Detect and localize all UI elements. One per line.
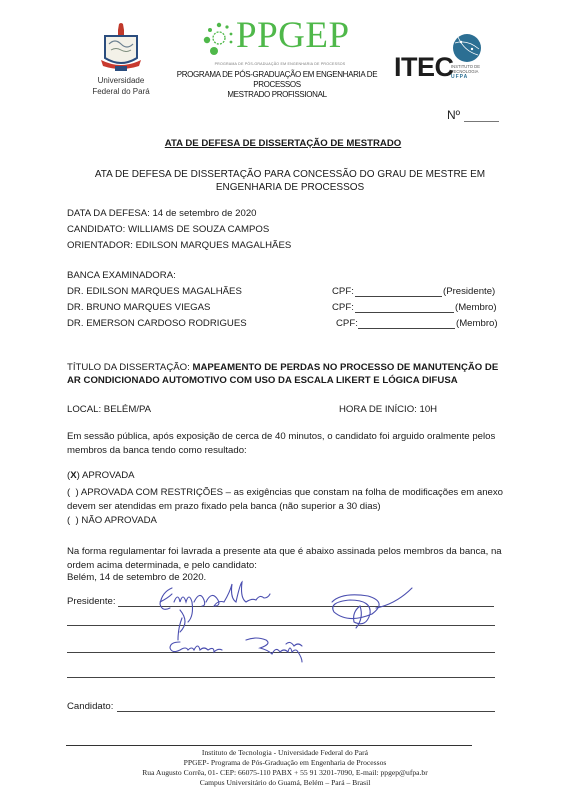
- ufpa-crest-logo: [97, 22, 145, 74]
- itec-ufpa-text: UFPA: [451, 74, 468, 80]
- committee-role: (Presidente): [443, 286, 495, 298]
- committee-member-name: DR. BRUNO MARQUES VIEGAS: [67, 302, 210, 314]
- location: LOCAL: BELÉM/PA: [67, 404, 151, 416]
- president-label: Presidente:: [67, 596, 116, 608]
- cpf-field[interactable]: [358, 328, 455, 329]
- itec-logo-text: ITEC: [394, 52, 454, 82]
- document-number-field[interactable]: [464, 121, 499, 122]
- program-line-3: MESTRADO PROFISSIONAL: [172, 90, 382, 100]
- candidate-label: Candidato:: [67, 701, 113, 713]
- university-name: Universidade Federal do Pará: [78, 75, 164, 97]
- committee-role: (Membro): [455, 302, 497, 314]
- result-not-approved[interactable]: ( ) NÃO APROVADA: [67, 515, 157, 527]
- cpf-label: CPF:: [336, 318, 358, 330]
- footer-line-4: Campus Universitário do Guamá, Belém – P…: [60, 778, 510, 788]
- closing-text: Na forma regulamentar foi lavrada a pres…: [67, 545, 507, 572]
- dissertation-title-label: TÍTULO DA DISSERTAÇÃO:: [67, 362, 192, 373]
- footer-line-1: Instituto de Tecnologia - Universidade F…: [60, 748, 510, 758]
- document-subtitle: ATA DE DEFESA DE DISSERTAÇÃO PARA CONCES…: [70, 168, 510, 194]
- committee-label: BANCA EXAMINADORA:: [67, 270, 176, 282]
- candidate-name: CANDIDATO: WILLIAMS DE SOUZA CAMPOS: [67, 224, 269, 236]
- footer-line-2: PPGEP- Programa de Pós-Graduação em Enge…: [60, 758, 510, 768]
- cpf-field[interactable]: [355, 296, 442, 297]
- committee-member-name: DR. EMERSON CARDOSO RODRIGUES: [67, 318, 247, 330]
- session-text: Em sessão pública, após exposição de cer…: [67, 430, 507, 457]
- program-name: PROGRAMA DE PÓS-GRADUAÇÃO EM ENGENHARIA …: [172, 70, 382, 100]
- program-line-1: PROGRAMA DE PÓS-GRADUAÇÃO EM ENGENHARIA …: [172, 70, 382, 80]
- cpf-field[interactable]: [355, 312, 454, 313]
- advisor-name: ORIENTADOR: EDILSON MARQUES MAGALHÃES: [67, 240, 291, 252]
- itec-subtitle: INSTITUTO DE TECNOLOGIA: [451, 64, 480, 74]
- program-line-2: PROCESSOS: [172, 80, 382, 90]
- committee-role: (Membro): [456, 318, 498, 330]
- ppgep-logo-text: PPGEP: [236, 16, 350, 56]
- result-approved-with-restrictions[interactable]: ( ) APROVADA COM RESTRIÇÕES – as exigênc…: [67, 486, 507, 513]
- result-approved[interactable]: (X) APROVADA: [67, 470, 135, 482]
- result-not-approved-label: NÃO APROVADA: [81, 515, 157, 526]
- cpf-label: CPF:: [332, 286, 354, 298]
- footer-divider: [66, 745, 472, 746]
- ppgep-dots-icon: [203, 22, 235, 56]
- footer-line-3: Rua Augusto Corrêa, 01- CEP: 66075-110 P…: [60, 768, 510, 778]
- handwritten-signatures: [150, 580, 510, 665]
- document-number-label: Nº: [447, 108, 460, 122]
- result-approved-mark: X: [70, 470, 76, 481]
- itec-globe-icon: [452, 33, 482, 63]
- start-time: HORA DE INÍCIO: 10H: [339, 404, 437, 416]
- member-signature-line-3[interactable]: [67, 677, 495, 678]
- result-restrictions-label: APROVADA COM RESTRIÇÕES – as exigências …: [67, 487, 503, 512]
- result-approved-label: APROVADA: [82, 470, 135, 481]
- ppgep-logo-subtext: PROGRAMA DE PÓS-GRADUAÇÃO EM ENGENHARIA …: [180, 62, 380, 66]
- dissertation-title: TÍTULO DA DISSERTAÇÃO: MAPEAMENTO DE PER…: [67, 361, 507, 387]
- committee-member-name: DR. EDILSON MARQUES MAGALHÃES: [67, 286, 242, 298]
- cpf-label: CPF:: [332, 302, 354, 314]
- university-name-line-2: Federal do Pará: [78, 86, 164, 97]
- university-name-line-1: Universidade: [78, 75, 164, 86]
- candidate-signature-line[interactable]: [117, 711, 495, 712]
- defense-date: DATA DA DEFESA: 14 de setembro de 2020: [67, 208, 256, 220]
- document-title: ATA DE DEFESA DE DISSERTAÇÃO DE MESTRADO: [0, 138, 566, 150]
